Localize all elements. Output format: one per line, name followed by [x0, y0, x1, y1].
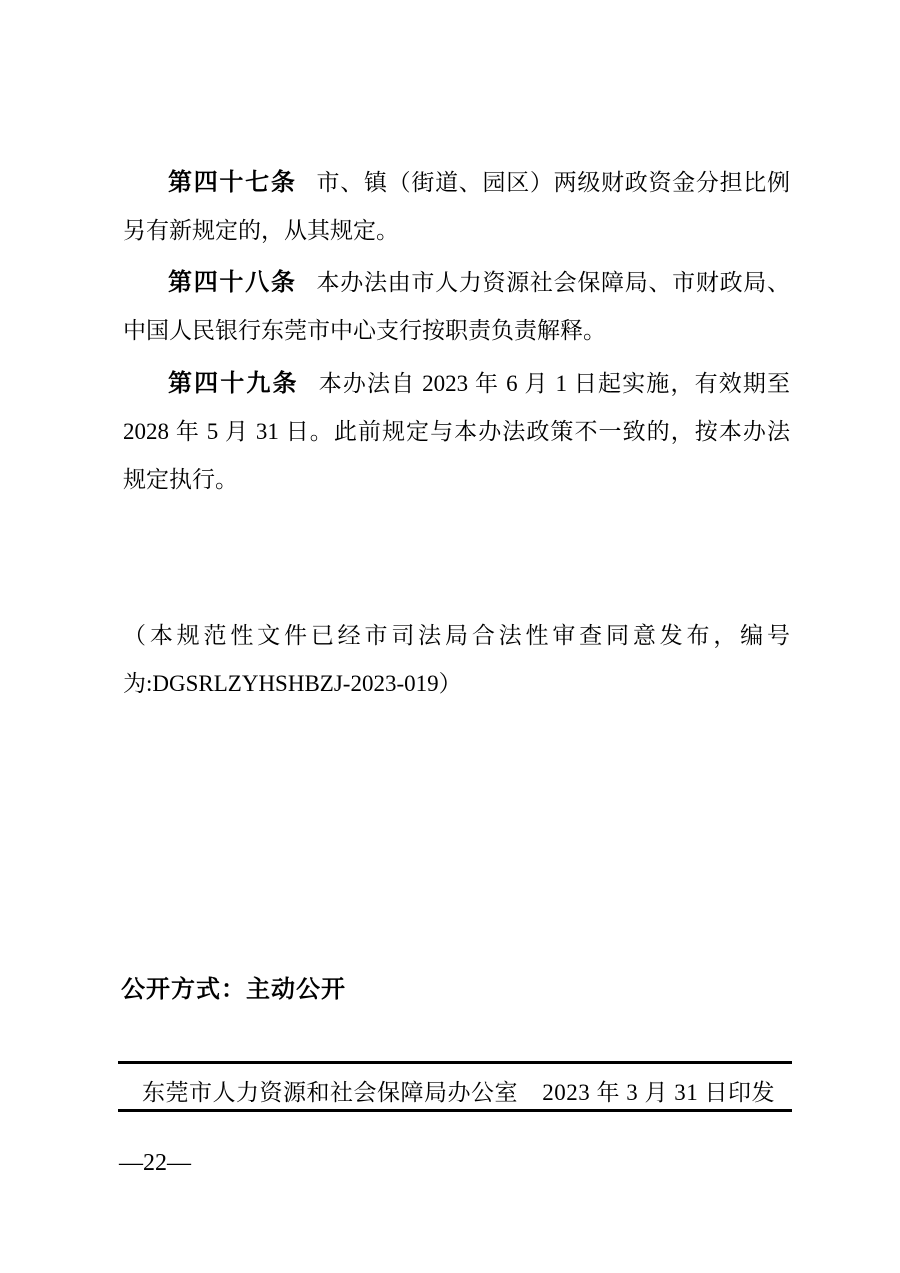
article-48-line-1: 第四十八条本办法由市人力资源社会保障局、市财政局、 — [123, 259, 790, 307]
article-47-text: 市、镇（街道、园区）两级财政资金分担比例 — [317, 170, 790, 195]
page-number: —22— — [119, 1148, 191, 1178]
article-48-number: 第四十八条 — [168, 270, 297, 296]
article-49-text: 本办法自 2023 年 6 月 1 日起实施，有效期至 — [319, 371, 790, 396]
article-47-line-1: 第四十七条市、镇（街道、园区）两级财政资金分担比例 — [123, 159, 790, 207]
document-page: 第四十七条市、镇（街道、园区）两级财政资金分担比例 另有新规定的，从其规定。 第… — [0, 0, 900, 1273]
footer-bottom-rule — [118, 1109, 792, 1112]
footer-top-rule — [118, 1061, 792, 1064]
print-date: 2023 年 3 月 31 日印发 — [542, 1079, 775, 1107]
note-line-1: （本规范性文件已经市司法局合法性审查同意发布，编号 — [123, 612, 790, 660]
legality-review-note: （本规范性文件已经市司法局合法性审查同意发布，编号 为:DGSRLZYHSHBZ… — [123, 612, 790, 708]
article-47-number: 第四十七条 — [168, 170, 297, 196]
document-body: 第四十七条市、镇（街道、园区）两级财政资金分担比例 另有新规定的，从其规定。 第… — [123, 159, 790, 504]
note-line-2: 为:DGSRLZYHSHBZJ-2023-019） — [123, 660, 790, 708]
footer-issuing-row: 东莞市人力资源和社会保障局办公室 2023 年 3 月 31 日印发 — [142, 1079, 775, 1107]
article-49-line-1: 第四十九条本办法自 2023 年 6 月 1 日起实施，有效期至 — [123, 360, 790, 408]
article-49-line-2: 2028 年 5 月 31 日。此前规定与本办法政策不一致的，按本办法 — [123, 408, 790, 456]
article-49-line-3: 规定执行。 — [123, 456, 790, 504]
article-48-line-2: 中国人民银行东莞市中心支行按职责负责解释。 — [123, 307, 790, 355]
issuing-office: 东莞市人力资源和社会保障局办公室 — [142, 1079, 518, 1107]
disclosure-method: 公开方式：主动公开 — [121, 974, 346, 1006]
article-48-text: 本办法由市人力资源社会保障局、市财政局、 — [317, 270, 790, 295]
article-47-line-2: 另有新规定的，从其规定。 — [123, 207, 790, 255]
article-49-number: 第四十九条 — [168, 371, 299, 397]
